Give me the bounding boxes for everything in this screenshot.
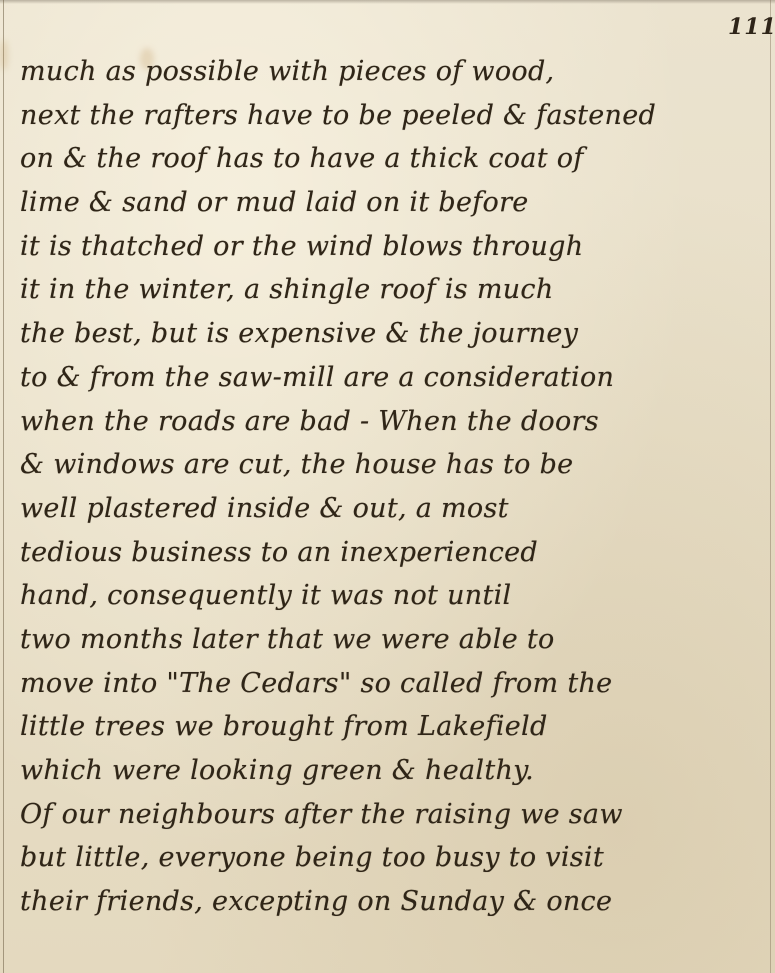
manuscript-page: 111 much as possible with pieces of wood… [0, 0, 775, 973]
handwritten-text-body: much as possible with pieces of wood, ne… [20, 50, 770, 924]
text-line: little trees we brought from Lakefield [20, 705, 770, 749]
page-number: 111 [728, 14, 775, 40]
text-line: & windows are cut, the house has to be [20, 443, 770, 487]
text-line: their friends, excepting on Sunday & onc… [20, 880, 770, 924]
text-line: Of our neighbours after the raising we s… [20, 793, 770, 837]
paper-stain [0, 40, 8, 70]
text-line: two months later that we were able to [20, 618, 770, 662]
text-line: on & the roof has to have a thick coat o… [20, 137, 770, 181]
text-line: hand, consequently it was not until [20, 574, 770, 618]
left-margin-line [3, 0, 4, 973]
text-line: move into "The Cedars" so called from th… [20, 662, 770, 706]
text-line: which were looking green & healthy. [20, 749, 770, 793]
text-line: when the roads are bad - When the doors [20, 400, 770, 444]
text-line: tedious business to an inexperienced [20, 531, 770, 575]
text-line: much as possible with pieces of wood, [20, 50, 770, 94]
text-line: it in the winter, a shingle roof is much [20, 268, 770, 312]
page-top-shadow [0, 0, 775, 4]
right-page-edge [770, 0, 771, 973]
text-line: but little, everyone being too busy to v… [20, 836, 770, 880]
text-line: the best, but is expensive & the journey [20, 312, 770, 356]
text-line: lime & sand or mud laid on it before [20, 181, 770, 225]
text-line: it is thatched or the wind blows through [20, 225, 770, 269]
text-line: well plastered inside & out, a most [20, 487, 770, 531]
text-line: to & from the saw-mill are a considerati… [20, 356, 770, 400]
text-line: next the rafters have to be peeled & fas… [20, 94, 770, 138]
